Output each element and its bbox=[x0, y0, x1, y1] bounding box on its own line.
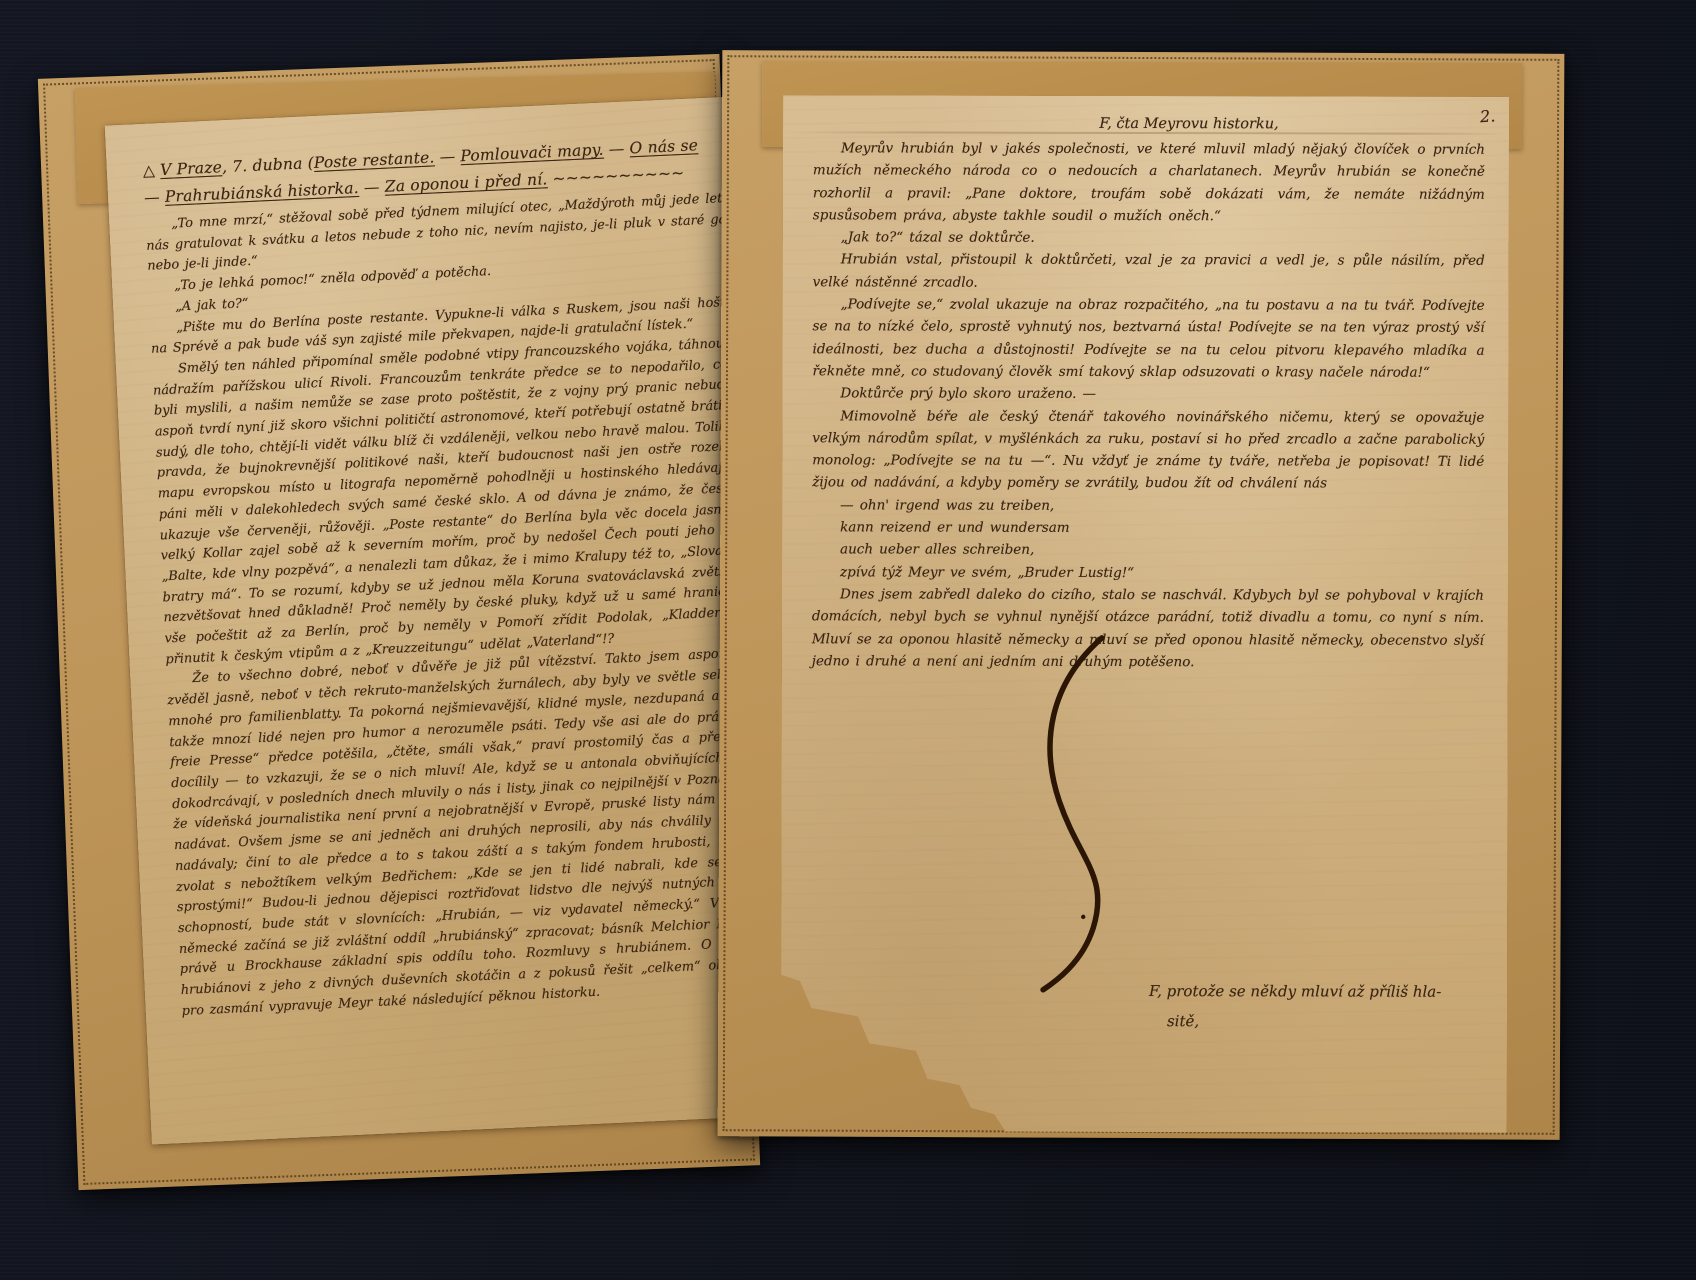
manuscript-page-right: 2. F, čta Meyrovu historku, Meyrův hrubi… bbox=[781, 95, 1509, 1133]
dateline-segment: Poste restante. bbox=[313, 148, 434, 172]
dateline-segment: , 7. dubna ( bbox=[222, 154, 315, 176]
letter-card-right: 2. F, čta Meyrovu historku, Meyrův hrubi… bbox=[718, 50, 1565, 1140]
right-page-heading: F, čta Meyrovu historku, bbox=[933, 116, 1445, 133]
dateline-segment: — bbox=[603, 139, 630, 158]
subtitle-segment: Za oponou i před ní. bbox=[384, 170, 548, 196]
closing-note-line1: F, protože se někdy mluví až příliš hla- bbox=[1149, 976, 1479, 1007]
dateline-segment: O nás se bbox=[629, 136, 698, 157]
closing-note: F, protože se někdy mluví až příliš hla-… bbox=[1149, 976, 1479, 1037]
dateline-segment: Pomlouvači mapy. bbox=[460, 141, 604, 166]
subtitle-segment: Prahrubiánská historka. bbox=[165, 179, 360, 206]
crease-line bbox=[783, 131, 1509, 135]
handwritten-paragraph: Mimovolně béře ale český čtenář takového… bbox=[812, 405, 1484, 496]
right-page-number: 2. bbox=[1479, 106, 1496, 126]
handwritten-paragraph: auch ueber alles schreiben, bbox=[812, 539, 1484, 563]
dateline-segment: △ bbox=[142, 161, 160, 180]
handwritten-paragraph: Smělý ten náhled připomínal směle podobn… bbox=[152, 332, 780, 671]
ink-flourish-stroke bbox=[1019, 632, 1130, 1002]
handwritten-paragraph: kann reizend er und wundersam bbox=[812, 516, 1484, 540]
letter-card-left: Fr. 1 △ V Praze, 7. dubna (Poste restant… bbox=[38, 54, 760, 1190]
left-page-body-text: „To mne mrzí,“ stěžoval sobě před týdnem… bbox=[145, 187, 796, 1022]
handwritten-paragraph: Že to všechno dobré, neboť v důvěře je j… bbox=[166, 642, 796, 1022]
handwritten-paragraph: — ohn' irgend was zu treiben, bbox=[812, 494, 1484, 518]
dateline-segment: V Praze bbox=[160, 158, 223, 179]
ink-dot bbox=[1081, 915, 1085, 919]
handwritten-paragraph: „Podívejte se,“ zvolal ukazuje na obraz … bbox=[812, 293, 1484, 384]
closing-note-line2: sitě, bbox=[1167, 1006, 1479, 1037]
right-page-body-text: Meyrův hrubián byl v jakés společnosti, … bbox=[812, 137, 1485, 674]
subtitle-segment: ~~~~~~~~~~ bbox=[547, 164, 685, 188]
handwritten-paragraph: zpívá týž Meyr ve svém, „Bruder Lustig!“ bbox=[812, 561, 1484, 585]
manuscript-page-left: Fr. 1 △ V Praze, 7. dubna (Poste restant… bbox=[105, 95, 807, 1144]
handwritten-paragraph: „Jak to?“ tázal se doktůrče. bbox=[813, 226, 1485, 250]
subtitle-segment: — bbox=[144, 188, 166, 207]
subtitle-segment: — bbox=[358, 178, 385, 197]
dateline-segment: — bbox=[434, 147, 461, 166]
handwritten-paragraph: Hrubián vstal, přistoupil k doktůrčeti, … bbox=[813, 249, 1485, 295]
handwritten-paragraph: Dnes jsem zabředl daleko do cizího, stal… bbox=[812, 583, 1484, 674]
handwritten-paragraph: Doktůrče prý bylo skoro uraženo. — bbox=[812, 383, 1484, 407]
handwritten-paragraph: Meyrův hrubián byl v jakés společnosti, … bbox=[813, 137, 1485, 228]
photograph-background: Fr. 1 △ V Praze, 7. dubna (Poste restant… bbox=[0, 0, 1696, 1280]
